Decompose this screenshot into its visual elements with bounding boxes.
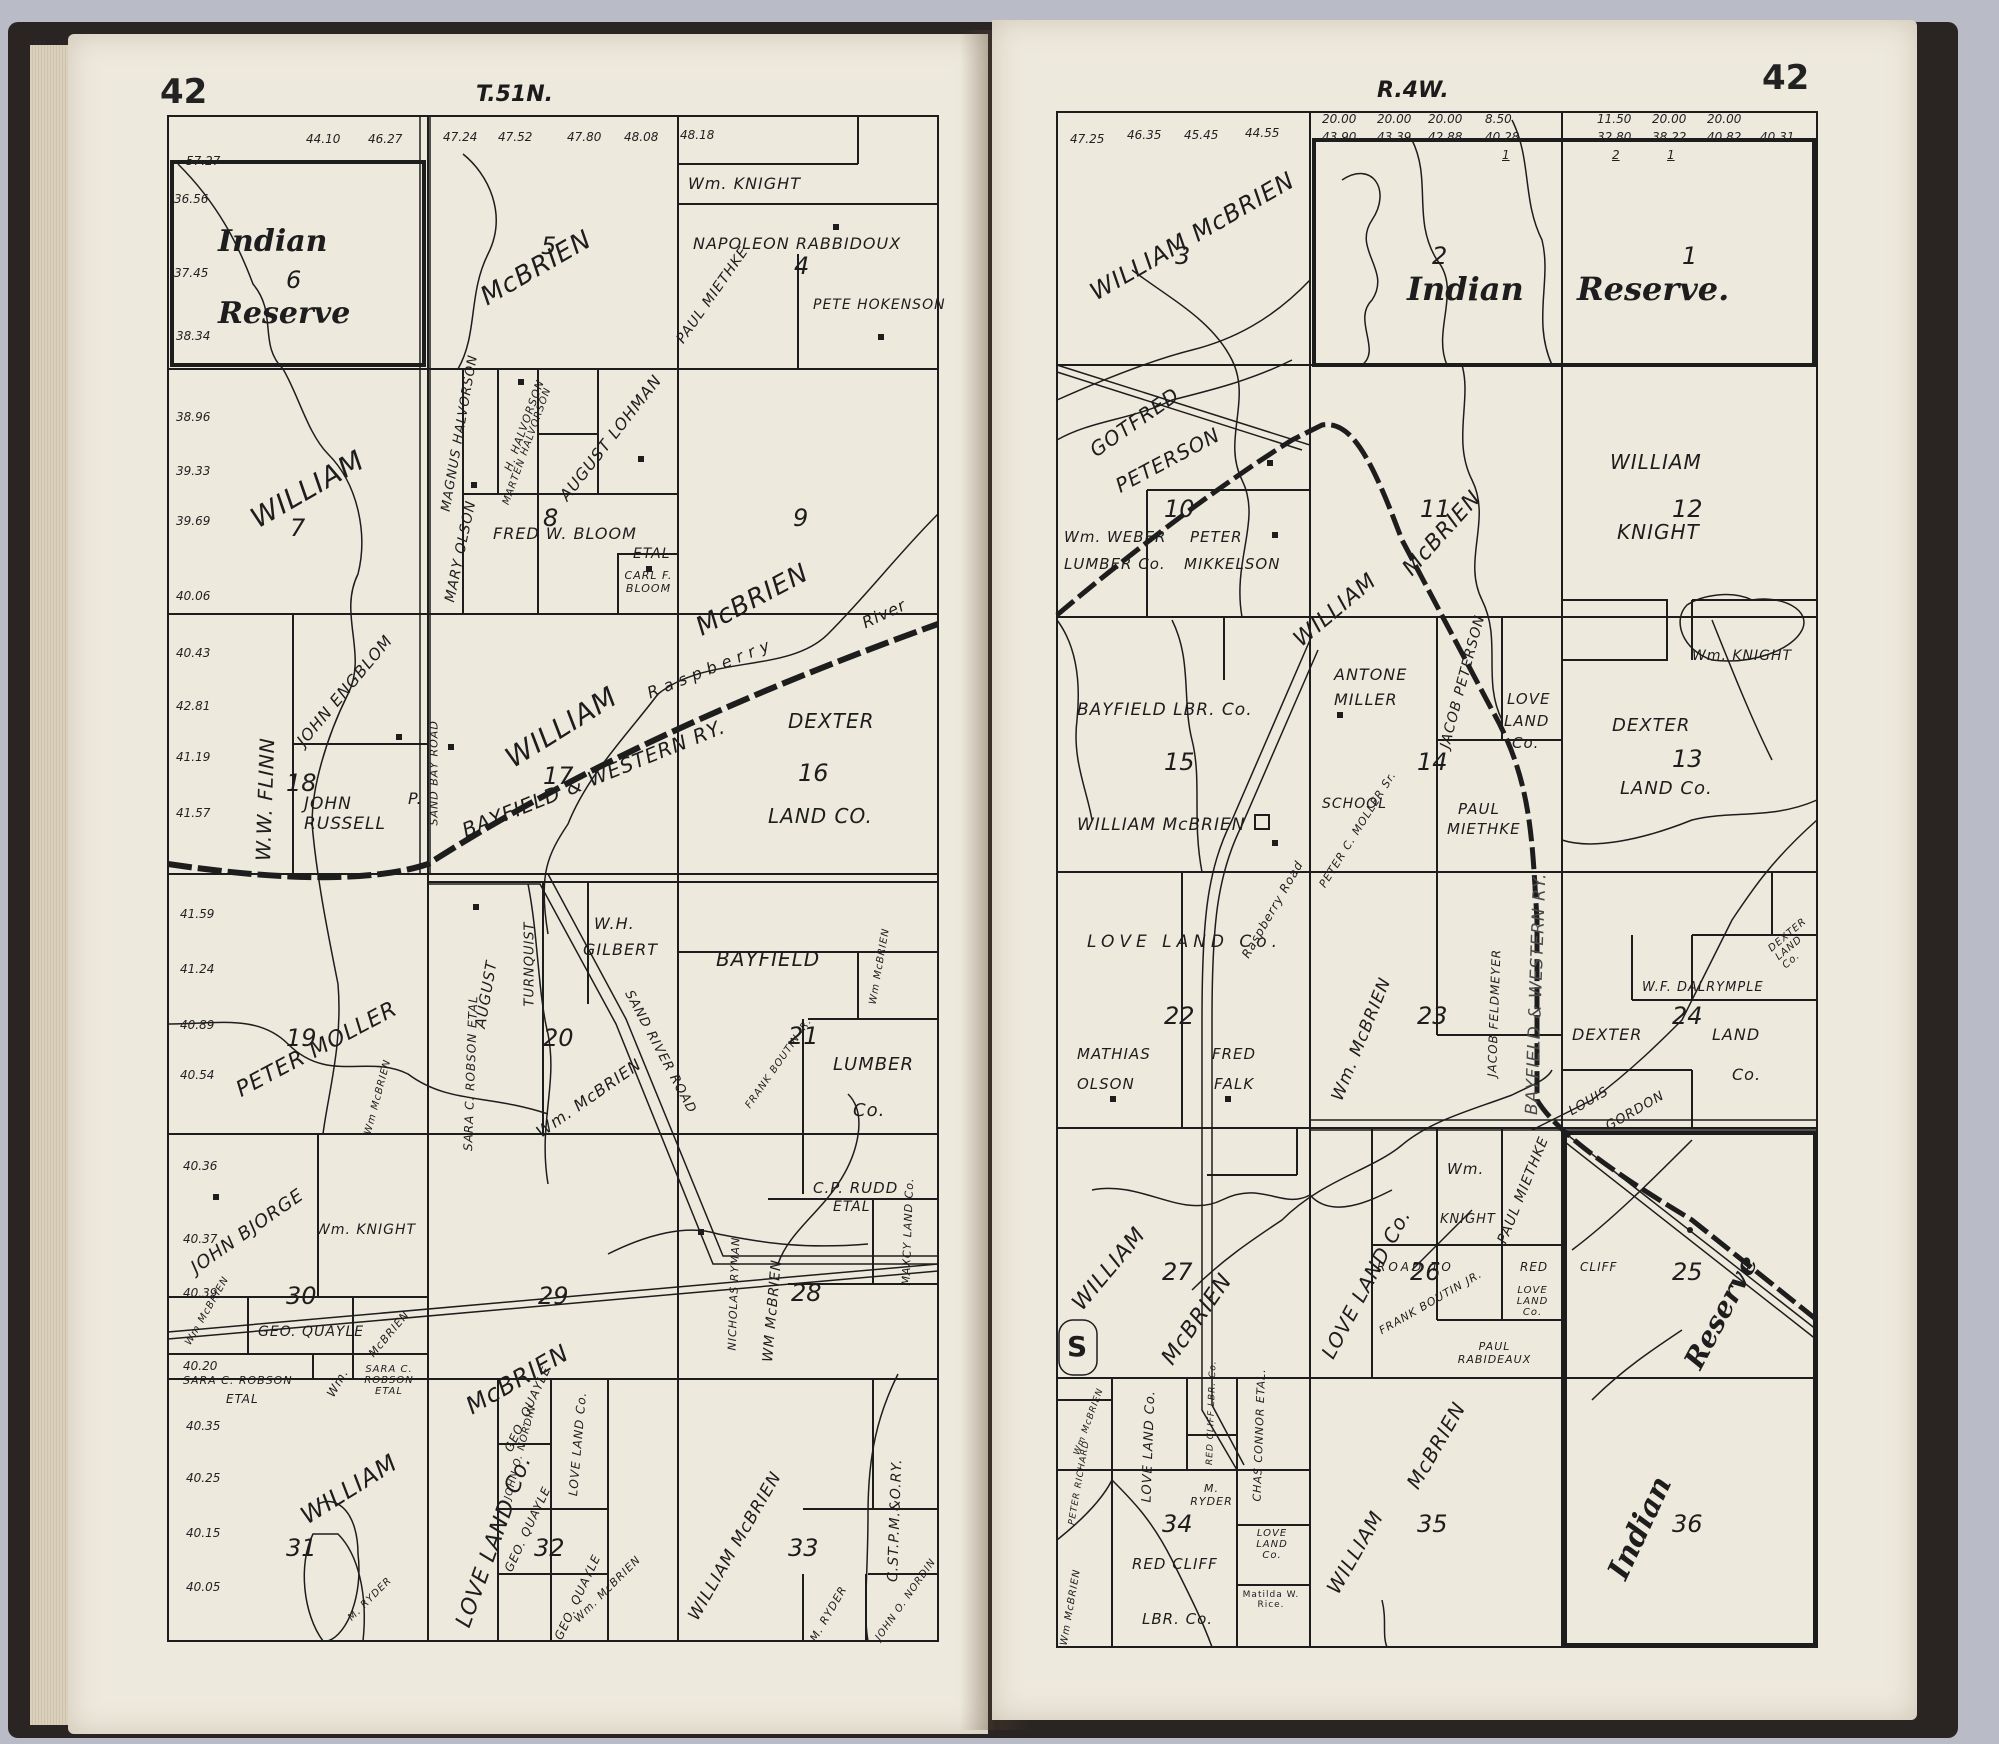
owner-label: ETAL xyxy=(833,1199,871,1215)
section-number: 20 xyxy=(543,1024,574,1052)
acreage: 36.56 xyxy=(174,192,208,206)
owner-label: P. xyxy=(408,789,423,808)
owner-label: CARL F. BLOOM xyxy=(621,569,676,595)
acreage: 44.55 xyxy=(1245,126,1279,140)
acreage: 46.35 xyxy=(1127,128,1161,142)
acreage: 44.10 xyxy=(306,132,340,146)
acreage: 40.35 xyxy=(186,1419,220,1433)
owner-label: C.P. RUDD xyxy=(813,1179,898,1197)
owner-label: LOVE LAND Co. xyxy=(1247,1528,1297,1561)
section-number: 35 xyxy=(1417,1510,1448,1538)
indian-reserve-label: Reserve xyxy=(218,296,350,331)
owner-label: FRED xyxy=(1212,1045,1256,1063)
acreage: 45.45 xyxy=(1184,128,1218,142)
section-number: 2 xyxy=(1432,242,1447,270)
acreage: 43.39 xyxy=(1377,130,1411,144)
owner-label: FALK xyxy=(1214,1075,1254,1093)
section-number: 33 xyxy=(788,1534,819,1562)
acreage: 42.88 xyxy=(1428,130,1462,144)
owner-label: KNIGHT xyxy=(1617,520,1700,544)
owner-label: SARA C. ROBSON xyxy=(183,1374,293,1387)
acreage: 32.80 xyxy=(1597,130,1631,144)
section-number: 18 xyxy=(286,769,317,797)
acreage: 48.18 xyxy=(680,128,714,142)
owner-label: Wm. KNIGHT xyxy=(688,174,801,193)
owner-label: SARA C. ROBSON ETAL xyxy=(358,1364,420,1397)
owner-label: LUMBER Co. xyxy=(1064,555,1166,573)
left-page: 42 T.51N. xyxy=(68,34,988,1734)
acreage: 47.80 xyxy=(567,130,601,144)
owner-label: Wm. KNIGHT xyxy=(316,1222,416,1238)
owner-label: PETER xyxy=(1190,528,1243,546)
owner-label: W.F. DALRYMPLE xyxy=(1642,980,1764,995)
owner-label: ETAL xyxy=(226,1392,259,1406)
section-number: 15 xyxy=(1164,748,1195,776)
acreage: 38.96 xyxy=(176,410,210,424)
acreage: 40.89 xyxy=(180,1018,214,1032)
owner-label: NAPOLEON RABBIDOUX xyxy=(693,234,901,253)
owner-label: Co. xyxy=(1512,734,1539,752)
section-number: 13 xyxy=(1672,745,1703,773)
acreage: 41.57 xyxy=(176,806,210,820)
acreage: 39.69 xyxy=(176,514,210,528)
owner-label: MIETHKE xyxy=(1447,820,1521,838)
owner-label: KNIGHT xyxy=(1440,1212,1496,1227)
acreage: 40.36 xyxy=(183,1159,217,1173)
section-number: 6 xyxy=(286,266,301,294)
acreage: 48.08 xyxy=(624,130,658,144)
owner-label: MIKKELSON xyxy=(1184,555,1280,573)
owner-label: FRED W. BLOOM xyxy=(493,524,637,543)
acreage: 39.33 xyxy=(176,464,210,478)
owner-label: PAUL RABIDEAUX xyxy=(1447,1340,1542,1366)
owner-label: W.W. FLINN xyxy=(251,737,279,862)
acreage: 38.22 xyxy=(1652,130,1686,144)
owner-label: WILLIAM xyxy=(1610,450,1702,474)
acreage: 43.90 xyxy=(1322,130,1356,144)
acreage: 20.00 xyxy=(1707,112,1741,126)
owner-label: WILLIAM McBRIEN xyxy=(1077,815,1245,835)
section-number: 29 xyxy=(538,1282,569,1310)
lot-number: 2 xyxy=(1612,148,1620,162)
section-number: 27 xyxy=(1162,1258,1193,1286)
owner-label: M. RYDER xyxy=(1184,1482,1239,1508)
school-symbol: S xyxy=(1067,1330,1088,1363)
section-number: 23 xyxy=(1417,1002,1448,1030)
owner-label: Wm. WEBER xyxy=(1064,528,1166,546)
acreage: 46.27 xyxy=(368,132,402,146)
owner-label: OLSON xyxy=(1077,1075,1135,1093)
owner-label: JOHN RUSSELL xyxy=(304,794,404,834)
acreage: 40.43 xyxy=(176,646,210,660)
owner-label: LAND xyxy=(1712,1025,1760,1044)
section-number: 4 xyxy=(794,252,809,280)
section-number: 24 xyxy=(1672,1002,1703,1030)
owner-label: LUMBER xyxy=(833,1054,914,1075)
acreage: 40.05 xyxy=(186,1580,220,1594)
section-number: 12 xyxy=(1672,495,1703,523)
section-number: 36 xyxy=(1672,1510,1703,1538)
owner-label: RED CLIFF xyxy=(1132,1555,1218,1573)
owner-label: Wm. KNIGHT xyxy=(1692,648,1792,664)
acreage: 40.82 xyxy=(1707,130,1741,144)
section-number: 1 xyxy=(1682,242,1697,270)
acreage: 40.06 xyxy=(176,589,210,603)
road-label: ROAD TO xyxy=(1377,1260,1454,1274)
acreage: 40.54 xyxy=(180,1068,214,1082)
acreage: 47.24 xyxy=(443,130,477,144)
right-page: 42 R.4W. xyxy=(992,20,1917,1720)
owner-label: MILLER xyxy=(1334,690,1398,709)
road-label: RED xyxy=(1520,1260,1548,1274)
section-number: 9 xyxy=(793,504,808,532)
acreage: 20.00 xyxy=(1428,112,1462,126)
owner-label: MATHIAS xyxy=(1077,1045,1151,1063)
acreage: 57.27 xyxy=(186,154,220,168)
owner-label: LAND CO. xyxy=(768,804,873,828)
acreage: 42.81 xyxy=(176,699,210,713)
section-number: 30 xyxy=(286,1282,317,1310)
owner-label: DEXTER xyxy=(788,709,875,733)
acreage: 40.28 xyxy=(1485,130,1519,144)
owner-label: GEO. QUAYLE xyxy=(258,1324,364,1340)
owner-label: LOVE LAND Co. xyxy=(1087,932,1282,952)
section-number: 28 xyxy=(791,1279,822,1307)
acreage: 47.25 xyxy=(1070,132,1104,146)
acreage: 40.20 xyxy=(183,1359,217,1373)
acreage: 20.00 xyxy=(1652,112,1686,126)
acreage: 40.25 xyxy=(186,1471,220,1485)
owner-label: W.H. xyxy=(594,914,635,933)
indian-reserve-label: Reserve. xyxy=(1577,270,1729,308)
section-number: 34 xyxy=(1162,1510,1193,1538)
section-number: 22 xyxy=(1164,1002,1195,1030)
acreage: 47.52 xyxy=(498,130,532,144)
acreage: 37.45 xyxy=(174,266,208,280)
owner-label: TURNQUIST xyxy=(523,922,538,1007)
owner-label: Matilda W. Rice. xyxy=(1242,1590,1300,1610)
owner-label: BAYFIELD xyxy=(716,947,820,971)
lot-number: 1 xyxy=(1502,148,1510,162)
owner-label: DEXTER xyxy=(1612,715,1690,736)
acreage: 8.50 xyxy=(1485,112,1512,126)
owner-label: ANTONE xyxy=(1334,665,1407,684)
acreage: 41.24 xyxy=(180,962,214,976)
acreage: 38.34 xyxy=(176,329,210,343)
section-number: 32 xyxy=(534,1534,565,1562)
owner-label: Wm. xyxy=(1447,1160,1484,1178)
owner-label: LAND xyxy=(1504,712,1549,730)
owner-label: PETE HOKENSON xyxy=(813,297,946,313)
owner-label: Co. xyxy=(853,1100,885,1121)
page-edges xyxy=(30,45,70,1725)
acreage: 11.50 xyxy=(1597,112,1631,126)
road-label: CLIFF xyxy=(1580,1260,1617,1274)
owner-label: LOVE xyxy=(1507,690,1550,708)
section-number: 16 xyxy=(798,759,829,787)
owner-label: ETAL xyxy=(633,546,671,562)
owner-label: LAND Co. xyxy=(1620,778,1713,799)
owner-label: DEXTER xyxy=(1572,1025,1642,1044)
acreage: 41.59 xyxy=(180,907,214,921)
indian-reserve-label: Indian xyxy=(218,224,327,259)
section-number: 25 xyxy=(1672,1258,1703,1286)
section-number: 7 xyxy=(290,514,305,542)
owner-label: PAUL xyxy=(1458,800,1500,818)
owner-label: BAYFIELD LBR. Co. xyxy=(1077,700,1253,720)
acreage: 20.00 xyxy=(1322,112,1356,126)
section-number: 14 xyxy=(1417,748,1448,776)
lot-number: 1 xyxy=(1667,148,1675,162)
indian-reserve-label: Indian xyxy=(1407,270,1524,308)
owner-label: LOVE LAND Co. xyxy=(1505,1285,1560,1318)
owner-label: Co. xyxy=(1732,1065,1761,1084)
road-label: SAND BAY ROAD xyxy=(428,720,441,825)
acreage: 40.31 xyxy=(1760,130,1794,144)
owner-label: GILBERT xyxy=(583,940,658,959)
acreage: 20.00 xyxy=(1377,112,1411,126)
acreage: 40.15 xyxy=(186,1526,220,1540)
acreage: 41.19 xyxy=(176,750,210,764)
section-number: 10 xyxy=(1164,495,1195,523)
section-number: 31 xyxy=(286,1534,317,1562)
owner-label: LBR. Co. xyxy=(1142,1610,1213,1628)
